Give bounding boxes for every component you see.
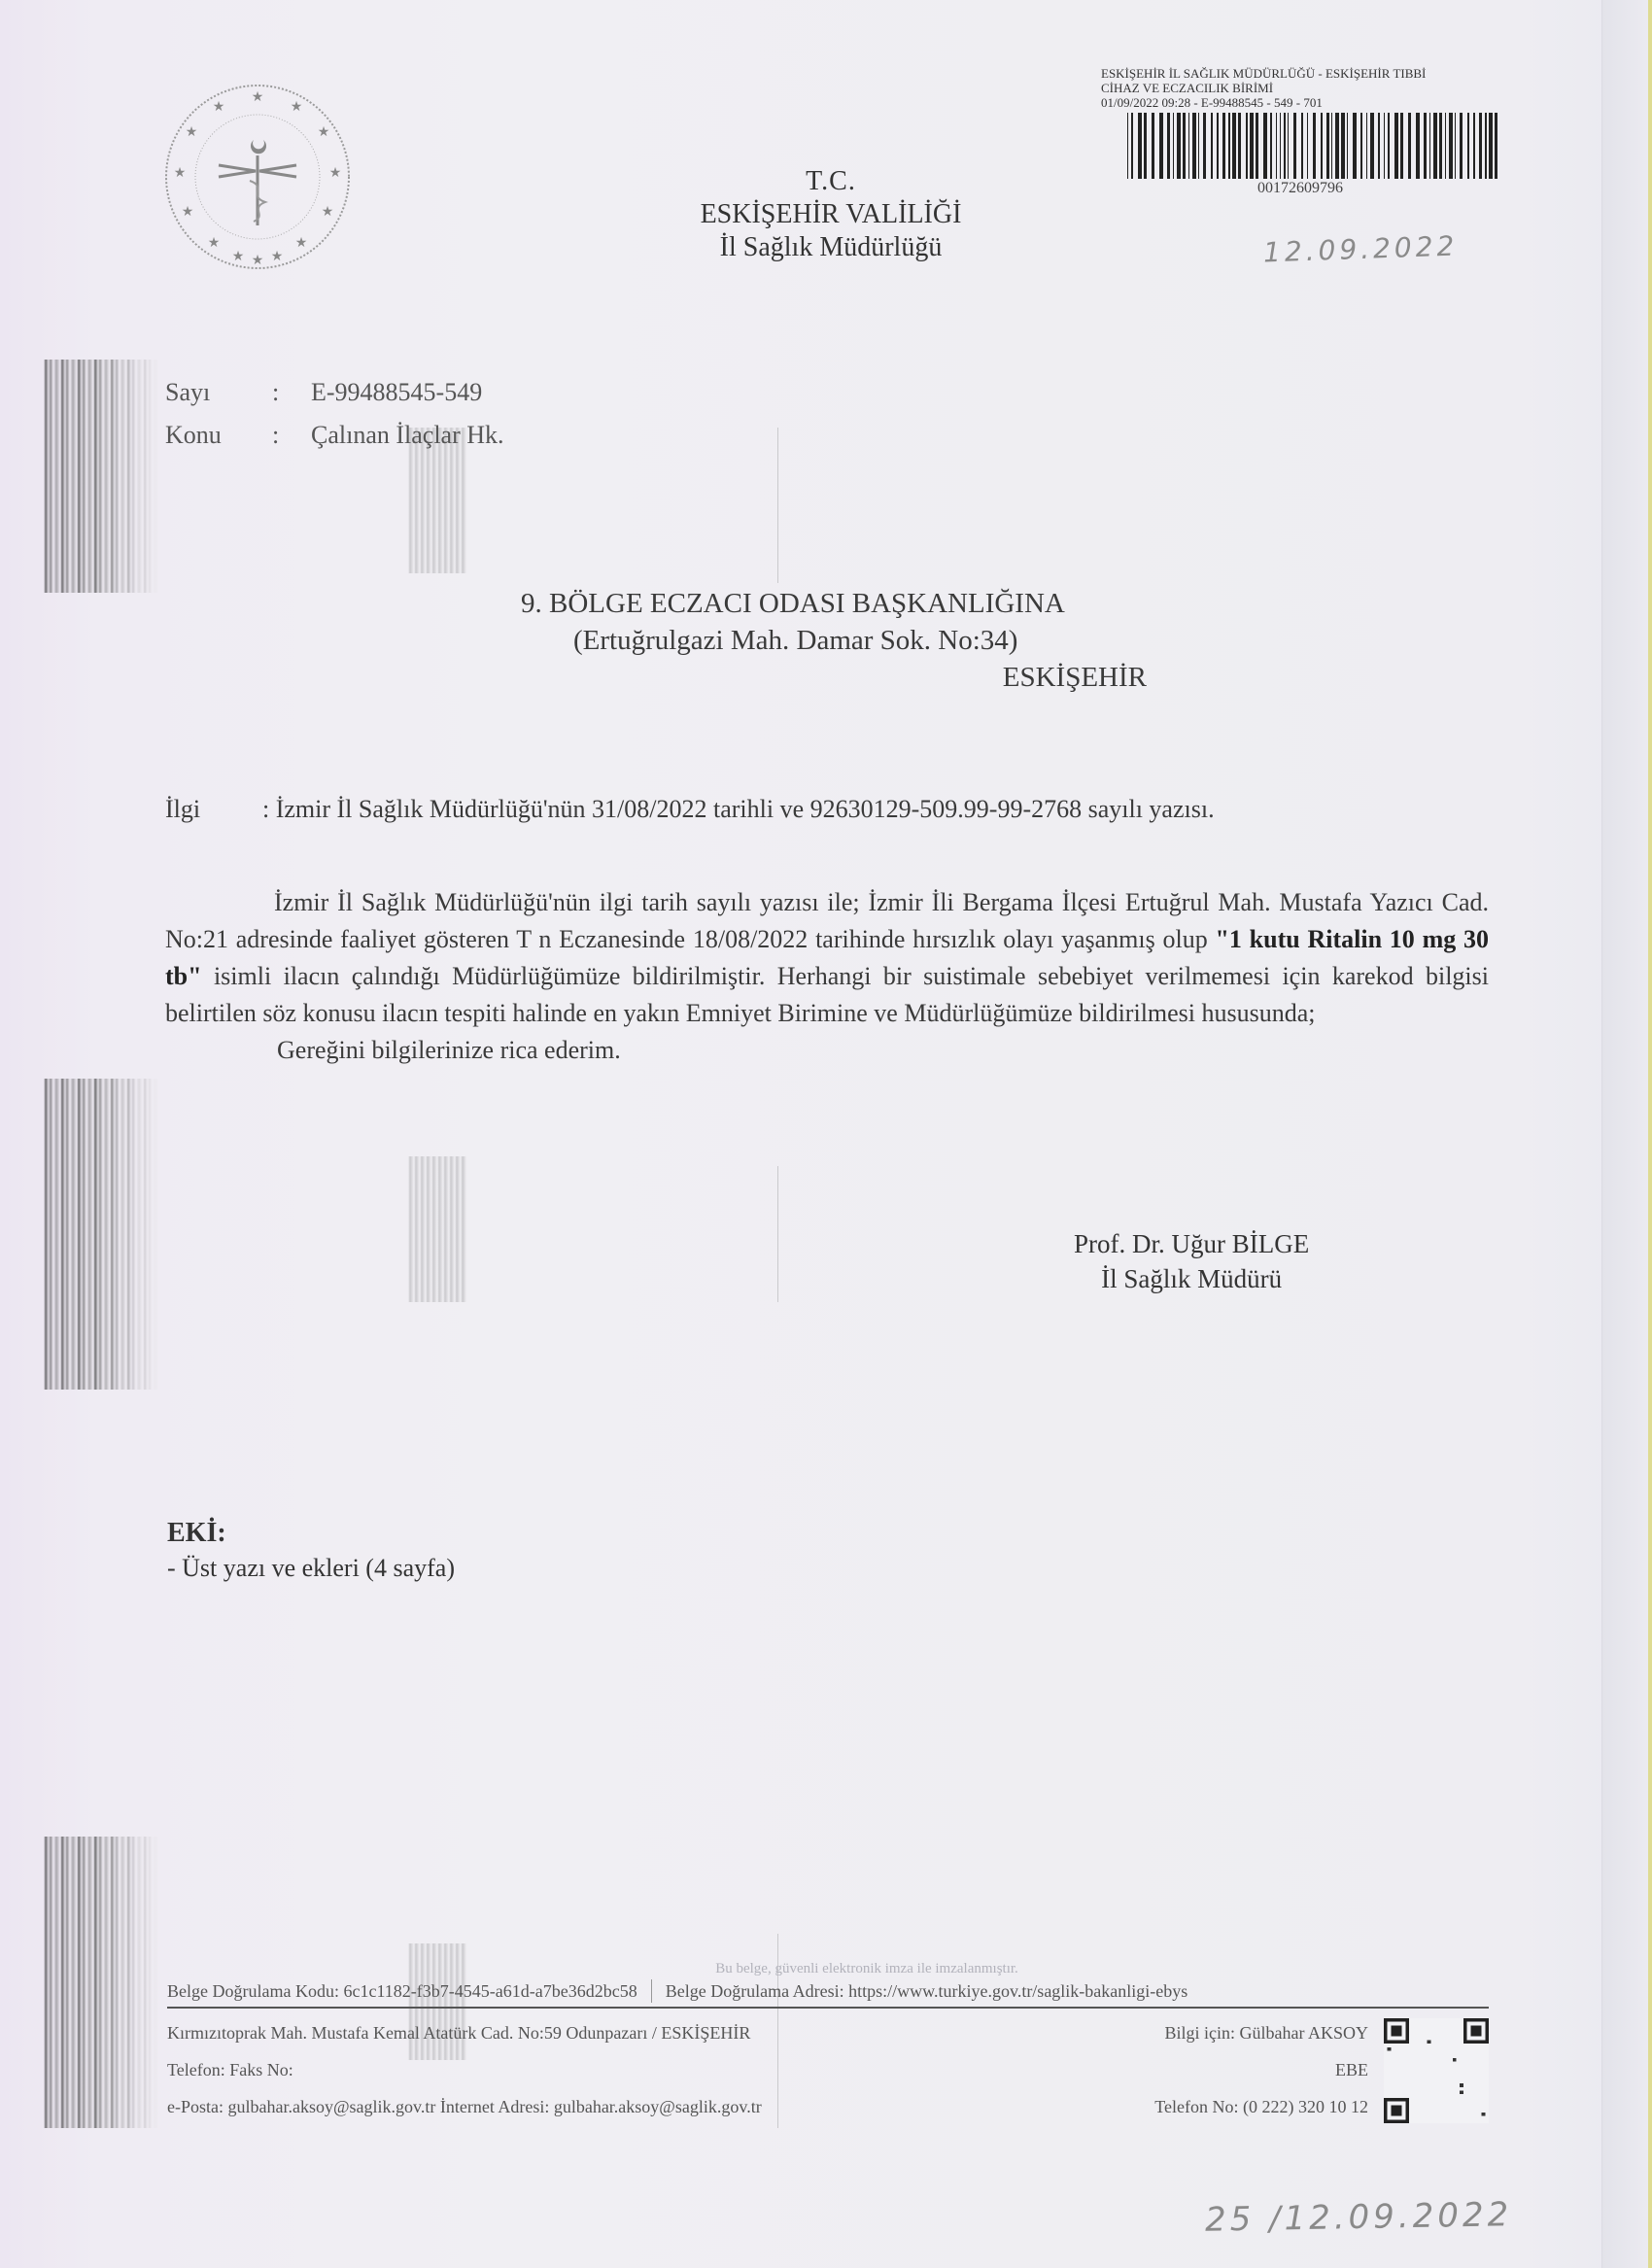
footer-info: Kırmızıtoprak Mah. Mustafa Kemal Atatürk… [167,2014,1489,2125]
konu-value: Çalınan İlaçlar Hk. [311,414,504,457]
verification-address-link[interactable]: Belge Doğrulama Adresi: https://www.turk… [666,1979,1188,2003]
stamp-line-3: 01/09/2022 09:28 - E-99488545 - 549 - 70… [1101,95,1529,110]
body-paragraph: İzmir İl Sağlık Müdürlüğü'nün ilgi tarih… [165,884,1489,1032]
addressee-name: 9. BÖLGE ECZACI ODASI BAŞKANLIĞINA [408,585,1166,622]
svg-text:★: ★ [291,99,303,115]
signatory-name: Prof. Dr. Uğur BİLGE [1074,1226,1309,1261]
attachments-block: EKİ: - Üst yazı ve ekleri (4 sayfa) [167,1516,455,1586]
footer: Bu belge, güvenli elektronik imza ile im… [167,1961,1489,2125]
svg-text:★: ★ [232,249,245,264]
info-contact: Bilgi için: Gülbahar AKSOY [1077,2014,1368,2051]
contact-right: Bilgi için: Gülbahar AKSOY EBE Telefon N… [1077,2014,1384,2125]
svg-text:★: ★ [322,204,334,220]
svg-text:★: ★ [329,165,342,181]
addressee-city: ESKİŞEHİR [408,659,1166,696]
attachments-title: EKİ: [167,1516,455,1551]
e-signature-note: Bu belge, güvenli elektronik imza ile im… [167,1961,1489,1977]
signature-block: Prof. Dr. Uğur BİLGE İl Sağlık Müdürü [1074,1226,1309,1296]
reference-label: İlgi [165,795,262,824]
addressee-address: (Ertuğrulgazi Mah. Damar Sok. No:34) [408,622,1166,659]
svg-text:★: ★ [208,235,221,251]
closing-line: Gereğini bilgilerinize rica ederim. [165,1032,1489,1069]
scan-line [777,1166,778,1302]
ministry-of-health-emblem-icon: ★★★ ★★ ★★ ★★ ★★ ★★★ [160,80,355,274]
verification-row: Belge Doğrulama Kodu: 6c1c1182-f3b7-4545… [167,1979,1489,2009]
info-title: EBE [1077,2051,1368,2088]
meta-konu-row: Konu : Çalınan İlaçlar Hk. [165,414,504,457]
footer-address: Kırmızıtoprak Mah. Mustafa Kemal Atatürk… [167,2014,1077,2051]
svg-text:★: ★ [295,235,308,251]
footer-email[interactable]: e-Posta: gulbahar.aksoy@saglik.gov.tr İn… [167,2088,1077,2125]
stamp-line-2: CİHAZ VE ECZACILIK BİRİMİ [1101,81,1529,95]
separator: : [272,414,311,457]
info-phone: Telefon No: (0 222) 320 10 12 [1077,2088,1368,2125]
scan-streak [44,1079,160,1390]
letterhead: T.C. ESKİŞEHİR VALİLİĞİ İl Sağlık Müdürl… [622,165,1040,264]
svg-text:★: ★ [182,204,194,220]
body-text: isimli ilacın çalındığı Müdürlüğümüze bi… [165,962,1489,1027]
divider [651,1979,652,2003]
svg-text:★: ★ [186,124,198,140]
addressee-block: 9. BÖLGE ECZACI ODASI BAŞKANLIĞINA (Ertu… [408,585,1166,696]
footer-phone-fax: Telefon: Faks No: [167,2051,1077,2088]
letterhead-directorate: İl Sağlık Müdürlüğü [622,231,1040,264]
barcode-number: 00172609796 [1101,181,1529,195]
sayi-label: Sayı [165,371,272,414]
svg-text:★: ★ [318,124,330,140]
letterhead-tc: T.C. [622,165,1040,198]
contact-left: Kırmızıtoprak Mah. Mustafa Kemal Atatürk… [167,2014,1077,2125]
scan-line [777,428,778,583]
reference-line: İlgi : İzmir İl Sağlık Müdürlüğü'nün 31/… [165,795,1467,824]
verification-code: Belge Doğrulama Kodu: 6c1c1182-f3b7-4545… [167,1979,637,2003]
stamp-line-1: ESKİŞEHİR İL SAĞLIK MÜDÜRLÜĞÜ - ESKİŞEHİ… [1101,66,1529,81]
letter-body: İzmir İl Sağlık Müdürlüğü'nün ilgi tarih… [165,884,1489,1069]
scan-streak [44,360,160,593]
sayi-value: E-99488545-549 [311,371,482,414]
handwritten-registry-note: 25 /12.09.2022 [1205,2195,1513,2240]
svg-text:★: ★ [271,249,284,264]
scan-streak [408,1156,466,1302]
meta-sayi-row: Sayı : E-99488545-549 [165,371,504,414]
handwritten-date: 12.09.2022 [1262,230,1458,269]
registry-stamp: ESKİŞEHİR İL SAĞLIK MÜDÜRLÜĞÜ - ESKİŞEHİ… [1101,66,1529,195]
svg-text:★: ★ [252,253,264,268]
attachment-item: - Üst yazı ve ekleri (4 sayfa) [167,1551,455,1586]
page-edge-accent [1648,0,1652,2268]
letterhead-governorship: ESKİŞEHİR VALİLİĞİ [622,198,1040,231]
separator: : [272,371,311,414]
scan-streak [44,1837,160,2128]
reference-value: : İzmir İl Sağlık Müdürlüğü'nün 31/08/20… [262,795,1215,824]
svg-text:★: ★ [213,99,225,115]
page-right-edge [1601,0,1652,2268]
barcode-icon [1125,113,1504,179]
signatory-title: İl Sağlık Müdürü [1074,1261,1309,1296]
svg-text:★: ★ [252,89,264,105]
svg-text:★: ★ [174,165,187,181]
document-meta: Sayı : E-99488545-549 Konu : Çalınan İla… [165,371,504,457]
qr-code-icon[interactable] [1384,2018,1489,2123]
konu-label: Konu [165,414,272,457]
